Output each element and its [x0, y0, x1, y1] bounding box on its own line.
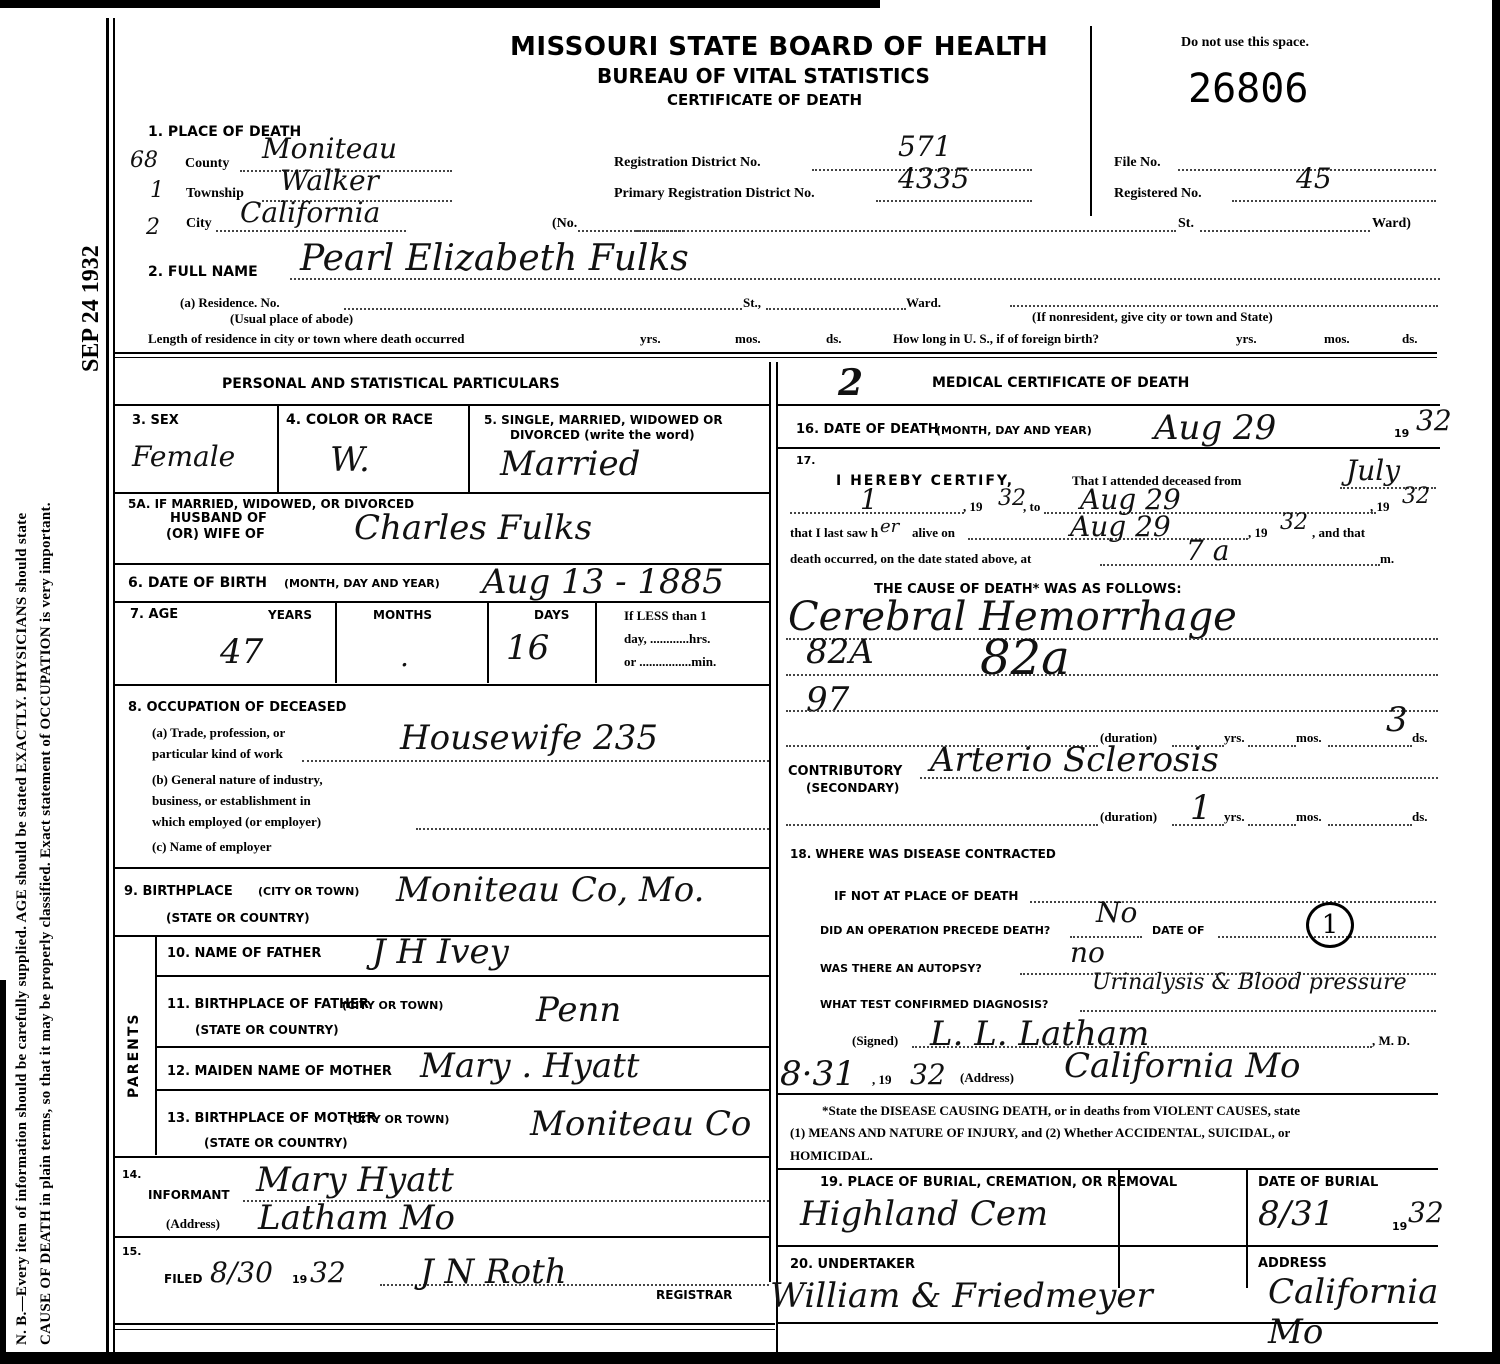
- occ-c-label: (c) Name of employer: [152, 839, 271, 855]
- attended-to-year[interactable]: 32: [1402, 484, 1430, 509]
- header-divider: [1090, 26, 1092, 216]
- autopsy-value[interactable]: no: [1070, 936, 1105, 969]
- date-of-label: DATE OF: [1152, 924, 1205, 937]
- burial-label: 19. PLACE OF BURIAL, CREMATION, OR REMOV…: [820, 1175, 1177, 1190]
- page-mark: 2: [838, 362, 863, 404]
- township-value[interactable]: Walker: [280, 164, 379, 197]
- contributory-label: CONTRIBUTORY: [788, 764, 902, 779]
- ds-label: ds.: [826, 331, 842, 347]
- reg-district-label: Registration District No.: [614, 155, 761, 171]
- column-divider: [776, 362, 778, 1352]
- occurred-label: death occurred, on the date stated above…: [790, 551, 1031, 567]
- county-code: 68: [130, 148, 158, 173]
- mother-birthplace-value[interactable]: Moniteau Co: [530, 1104, 751, 1144]
- to-label: , to: [1023, 499, 1040, 515]
- less-than-label-1: If LESS than 1: [624, 608, 707, 624]
- age-months-value[interactable]: .: [400, 640, 409, 673]
- undertaker-address[interactable]: California Mo: [1268, 1272, 1500, 1352]
- informant-value[interactable]: Mary Hyatt: [256, 1160, 454, 1200]
- primary-reg-label: Primary Registration District No.: [614, 186, 815, 202]
- test-value[interactable]: Urinalysis & Blood pressure: [1092, 970, 1407, 995]
- mother-birthplace-sub2: (STATE OR COUNTRY): [204, 1136, 348, 1150]
- side-note-line1: N. B.—Every item of information should b…: [14, 513, 31, 1345]
- mother-birthplace-label: 13. BIRTHPLACE OF MOTHER: [167, 1111, 376, 1126]
- mother-birthplace-sub1: (CITY OR TOWN): [348, 1113, 449, 1126]
- burial-date-value[interactable]: 8/31: [1258, 1194, 1334, 1234]
- occ-a-label-1: (a) Trade, profession, or: [152, 725, 285, 741]
- ds-label: ds.: [1402, 331, 1418, 347]
- last-saw-date[interactable]: Aug 29: [1070, 510, 1171, 543]
- secondary-label: (SECONDARY): [806, 781, 899, 795]
- if-not-label: IF NOT AT PLACE OF DEATH: [834, 889, 1018, 903]
- race-value[interactable]: W.: [330, 440, 370, 480]
- age-days-value[interactable]: 16: [506, 628, 549, 668]
- days-label: DAYS: [534, 608, 569, 622]
- marital-label-1: 5. SINGLE, MARRIED, WIDOWED OR: [484, 413, 723, 427]
- contributory-value[interactable]: Arterio Sclerosis: [930, 740, 1219, 780]
- undertaker-address-label: ADDRESS: [1258, 1256, 1327, 1271]
- city-st-label: St.: [1178, 216, 1194, 232]
- attended-from-year[interactable]: 32: [998, 486, 1026, 511]
- duration-ds: ds.: [1412, 730, 1428, 746]
- less-than-label-3: or ................min.: [624, 654, 716, 670]
- where-contracted-label: 18. WHERE WAS DISEASE CONTRACTED: [790, 847, 1056, 861]
- certificate-title: CERTIFICATE OF DEATH: [667, 91, 862, 109]
- undertaker-label: 20. UNDERTAKER: [790, 1257, 915, 1272]
- nonresident-note: (If nonresident, give city or town and S…: [1032, 309, 1273, 325]
- less-than-label-2: day, ............hrs.: [624, 631, 710, 647]
- marital-label-2: DIVORCED (write the word): [510, 428, 695, 442]
- full-name-label: 2. FULL NAME: [148, 264, 258, 280]
- county-value[interactable]: Moniteau: [262, 132, 397, 165]
- to-19: , 19: [1370, 499, 1390, 515]
- burial-19: 19: [1392, 1220, 1407, 1233]
- residence-label: (a) Residence. No.: [180, 295, 280, 311]
- registrar-label: REGISTRAR: [656, 1288, 732, 1302]
- bureau-title: BUREAU OF VITAL STATISTICS: [597, 64, 930, 88]
- received-stamp: SEP 24 1932: [78, 245, 105, 372]
- months-label: MONTHS: [373, 608, 432, 622]
- dod-value[interactable]: Aug 29: [1154, 408, 1276, 448]
- signed-label: (Signed): [852, 1033, 898, 1049]
- dod-sub-label: (MONTH, DAY AND YEAR): [936, 424, 1092, 437]
- birthplace-value[interactable]: Moniteau Co, Mo.: [396, 870, 704, 910]
- occ-b-label-2: business, or establishment in: [152, 793, 311, 809]
- township-label: Township: [186, 186, 244, 202]
- father-label: 10. NAME OF FATHER: [167, 946, 321, 961]
- yrs-label: yrs.: [640, 331, 661, 347]
- page-border-bottom: [0, 1352, 1500, 1364]
- page-border-right: [1492, 0, 1500, 1364]
- occurred-time[interactable]: 7 a: [1186, 534, 1229, 567]
- page-border-top: [0, 0, 880, 8]
- medical-heading: MEDICAL CERTIFICATE OF DEATH: [932, 375, 1189, 391]
- age-label: 7. AGE: [130, 607, 178, 622]
- signed-address[interactable]: California Mo: [1064, 1046, 1300, 1086]
- contrib-duration-value[interactable]: 1: [1190, 788, 1212, 828]
- last-saw-year[interactable]: 32: [1280, 510, 1308, 535]
- operation-value[interactable]: No: [1096, 896, 1137, 929]
- contrib-duration-mos: mos.: [1296, 809, 1322, 825]
- father-birthplace-label: 11. BIRTHPLACE OF FATHER: [167, 997, 369, 1012]
- burial-date-label: DATE OF BURIAL: [1258, 1175, 1378, 1190]
- marital-value[interactable]: Married: [500, 444, 640, 484]
- cause-code-1: 82A: [806, 632, 874, 672]
- filed-19: 19: [292, 1273, 307, 1286]
- usual-place-note: (Usual place of abode): [230, 311, 353, 327]
- circled-mark: 1: [1306, 902, 1354, 948]
- age-years-value[interactable]: 47: [220, 632, 263, 672]
- signed-year[interactable]: 32: [910, 1058, 946, 1091]
- birthplace-sub1: (CITY OR TOWN): [258, 885, 359, 898]
- contrib-duration-ds: ds.: [1412, 809, 1428, 825]
- occupation-value[interactable]: Housewife 235: [400, 718, 658, 758]
- father-value[interactable]: J H Ivey: [372, 932, 509, 972]
- md-label: , M. D.: [1372, 1033, 1410, 1049]
- spouse-value[interactable]: Charles Fulks: [354, 508, 592, 548]
- side-note-line2: CAUSE OF DEATH in plain terms, so that i…: [38, 502, 55, 1345]
- alive-on-label: alive on: [912, 525, 955, 541]
- how-long-label: How long in U. S., if of foreign birth?: [893, 331, 1099, 347]
- years-label: YEARS: [268, 608, 312, 622]
- registrar-signature[interactable]: J N Roth: [420, 1252, 567, 1292]
- spouse-label-2: HUSBAND OF: [170, 511, 267, 526]
- duration-yrs: yrs.: [1224, 730, 1245, 746]
- father-birthplace-sub2: (STATE OR COUNTRY): [195, 1023, 339, 1037]
- registered-no-value[interactable]: 45: [1296, 162, 1332, 195]
- cause-code-2: 82a: [980, 630, 1070, 686]
- do-not-use-note: Do not use this space.: [1181, 35, 1309, 51]
- attended-from-day[interactable]: 1: [860, 483, 878, 516]
- occupation-heading: 8. OCCUPATION OF DECEASED: [128, 700, 346, 715]
- last-saw-pronoun[interactable]: er: [880, 516, 899, 537]
- sex-value[interactable]: Female: [132, 440, 235, 473]
- informant-address-value[interactable]: Latham Mo: [258, 1198, 455, 1238]
- from-19: , 19: [963, 499, 983, 515]
- signed-19: , 19: [872, 1072, 892, 1088]
- signed-date[interactable]: 8·31: [780, 1054, 856, 1094]
- mother-value[interactable]: Mary . Hyatt: [420, 1046, 639, 1086]
- parents-label: PARENTS: [126, 1012, 142, 1098]
- and-that-label: , and that: [1312, 525, 1365, 541]
- city-code: 2: [146, 215, 160, 240]
- father-birthplace-sub1: (CITY OR TOWN): [342, 999, 443, 1012]
- dob-value[interactable]: Aug 13 - 1885: [482, 562, 724, 602]
- left-frame-line: [106, 18, 109, 1353]
- sex-label: 3. SEX: [132, 413, 179, 428]
- dod-label: 16. DATE OF DEATH: [796, 422, 939, 437]
- filed-number: 15.: [122, 1245, 142, 1258]
- primary-reg-value[interactable]: 4335: [898, 162, 969, 195]
- m-label: m.: [1380, 551, 1394, 567]
- birthplace-sub2: (STATE OR COUNTRY): [166, 911, 310, 925]
- mos-label: mos.: [1324, 331, 1350, 347]
- attended-from-month[interactable]: July: [1346, 454, 1400, 487]
- cause-code-3: 97: [806, 680, 849, 720]
- autopsy-label: WAS THERE AN AUTOPSY?: [820, 962, 982, 975]
- footnote-line2: (1) MEANS AND NATURE OF INJURY, and (2) …: [790, 1125, 1290, 1141]
- certificate-number: 26806: [1188, 66, 1308, 112]
- personal-heading: PERSONAL AND STATISTICAL PARTICULARS: [222, 376, 560, 392]
- filed-year[interactable]: 32: [310, 1256, 346, 1289]
- contrib-duration-yrs: yrs.: [1224, 809, 1245, 825]
- mos-label: mos.: [735, 331, 761, 347]
- registered-no-label: Registered No.: [1114, 186, 1202, 202]
- footnote-line3: HOMICIDAL.: [790, 1148, 873, 1164]
- township-code: 1: [150, 178, 164, 203]
- residence-ward-label: Ward.: [906, 295, 941, 311]
- informant-label: INFORMANT: [148, 1188, 230, 1202]
- dob-label: 6. DATE OF BIRTH: [128, 575, 267, 591]
- undertaker-value[interactable]: William & Friedmeyer: [770, 1276, 1153, 1316]
- informant-address-label: (Address): [166, 1216, 220, 1232]
- city-value[interactable]: California: [240, 196, 380, 229]
- spouse-label-3: (OR) WIFE OF: [166, 527, 265, 542]
- signed-address-label: (Address): [960, 1070, 1014, 1086]
- reg-district-value[interactable]: 571: [898, 130, 951, 163]
- column-divider: [769, 362, 771, 1282]
- footnote-line1: *State the DISEASE CAUSING DEATH, or in …: [822, 1103, 1300, 1119]
- contrib-duration-label: (duration): [1100, 809, 1157, 825]
- city-ward-label: Ward): [1372, 216, 1411, 232]
- race-label: 4. COLOR OR RACE: [286, 412, 433, 428]
- yrs-label: yrs.: [1236, 331, 1257, 347]
- burial-value[interactable]: Highland Cem: [800, 1194, 1048, 1234]
- filed-date[interactable]: 8/30: [210, 1256, 273, 1289]
- city-no-label: (No.: [552, 216, 577, 232]
- duration-value[interactable]: 3: [1386, 700, 1408, 740]
- scan-edge: [0, 980, 6, 1360]
- dod-year[interactable]: 32: [1416, 404, 1452, 437]
- mother-label: 12. MAIDEN NAME OF MOTHER: [167, 1064, 392, 1079]
- full-name-value[interactable]: Pearl Elizabeth Fulks: [300, 238, 689, 279]
- file-no-label: File No.: [1114, 155, 1161, 171]
- dod-19: 19: [1394, 427, 1409, 440]
- length-residence-label: Length of residence in city or town wher…: [148, 331, 464, 347]
- last-saw-label: that I last saw h: [790, 525, 878, 541]
- city-label: City: [186, 216, 212, 232]
- occ-a-label-2: particular kind of work: [152, 746, 283, 762]
- residence-st-label: St.,: [743, 295, 761, 311]
- birthplace-label: 9. BIRTHPLACE: [124, 884, 233, 899]
- occ-b-label-3: which employed (or employer): [152, 814, 321, 830]
- informant-number: 14.: [122, 1168, 142, 1181]
- burial-year[interactable]: 32: [1408, 1196, 1444, 1229]
- form-title: MISSOURI STATE BOARD OF HEALTH: [510, 32, 1048, 62]
- duration-mos: mos.: [1296, 730, 1322, 746]
- dob-sub-label: (MONTH, DAY AND YEAR): [284, 577, 440, 590]
- father-birthplace-value[interactable]: Penn: [536, 990, 621, 1030]
- certify-number: 17.: [796, 454, 816, 467]
- county-label: County: [185, 156, 229, 172]
- occ-b-label-1: (b) General nature of industry,: [152, 772, 323, 788]
- operation-label: DID AN OPERATION PRECEDE DEATH?: [820, 924, 1050, 937]
- test-label: WHAT TEST CONFIRMED DIAGNOSIS?: [820, 998, 1048, 1011]
- last-saw-19: , 19: [1248, 525, 1268, 541]
- filed-label: FILED: [164, 1272, 202, 1286]
